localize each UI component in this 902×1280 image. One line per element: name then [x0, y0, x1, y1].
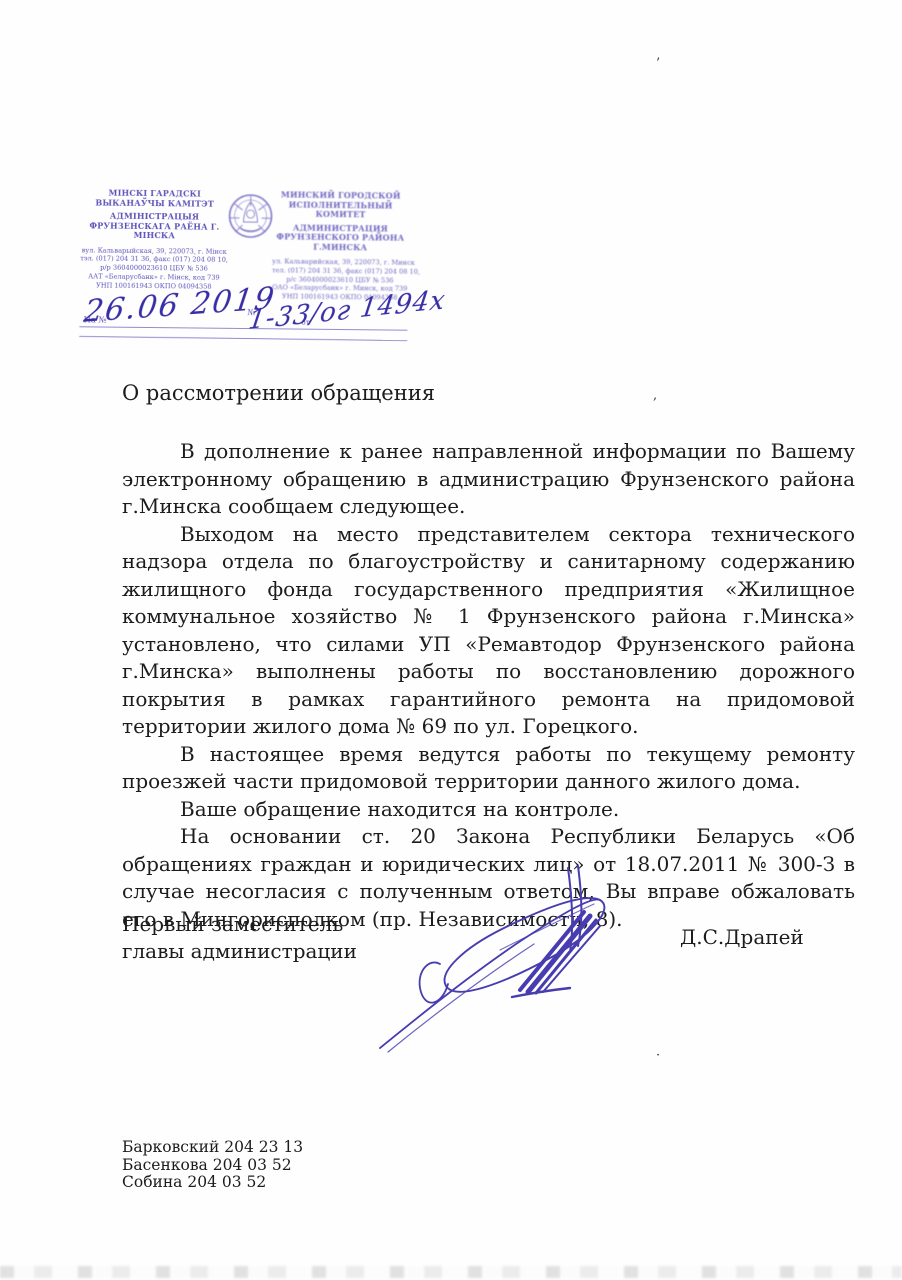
stamp-bottom-rule [79, 336, 407, 341]
handwritten-signature [372, 852, 622, 1057]
signer-name: Д.С.Драпей [680, 925, 804, 949]
org-name-line: ИСПОЛНИТЕЛЬНЫЙ КОМИТЕТ [273, 200, 409, 220]
contact-line: Собина 204 03 52 [122, 1174, 303, 1192]
scan-speck: ’ [656, 56, 660, 71]
letterhead-stamp: МІНСКІ ГАРАДСКІ ВЫКАНАЎЧЫ КАМІТЭТ АДМІНІ… [79, 188, 409, 351]
contact-line: Басенкова 204 03 52 [122, 1157, 303, 1175]
document-page: МІНСКІ ГАРАДСКІ ВЫКАНАЎЧЫ КАМІТЭТ АДМІНІ… [0, 0, 902, 1280]
scan-speck: , [653, 388, 657, 403]
paragraph: Выходом на место представителем сектора … [122, 521, 855, 741]
contact-line: Барковский 204 23 13 [122, 1139, 303, 1157]
org-name-line: ВЫКАНАЎЧЫ КАМІТЭТ [81, 198, 229, 209]
letterhead-belarusian-column: МІНСКІ ГАРАДСКІ ВЫКАНАЎЧЫ КАМІТЭТ АДМІНІ… [80, 188, 229, 291]
executor-contacts: Барковский 204 23 13 Басенкова 204 03 52… [122, 1139, 303, 1192]
scan-speck: · [656, 1048, 660, 1063]
letter-subject: О рассмотрении обращения [122, 381, 722, 405]
paragraph: В дополнение к ранее направленной информ… [122, 438, 855, 521]
letterhead-russian-column: МИНСКИЙ ГОРОДСКОЙ ИСПОЛНИТЕЛЬНЫЙ КОМИТЕТ… [272, 190, 409, 302]
org-address-block: вул. Кальварыйская, 39, 220073, г. Мінск… [80, 246, 228, 292]
scan-edge-artifact [0, 1266, 902, 1278]
state-emblem-icon [226, 192, 275, 242]
paragraph: Ваше обращение находится на контроле. [122, 796, 855, 824]
stamp-fill-in-rule [79, 326, 407, 330]
paragraph: В настоящее время ведутся работы по теку… [122, 741, 855, 796]
org-name-line: ФРУНЗЕНСКАГА РАЁНА Г. МІНСКА [80, 221, 228, 242]
org-name-line: ФРУНЗЕНСКОГО РАЙОНА Г.МИНСКА [272, 232, 408, 252]
